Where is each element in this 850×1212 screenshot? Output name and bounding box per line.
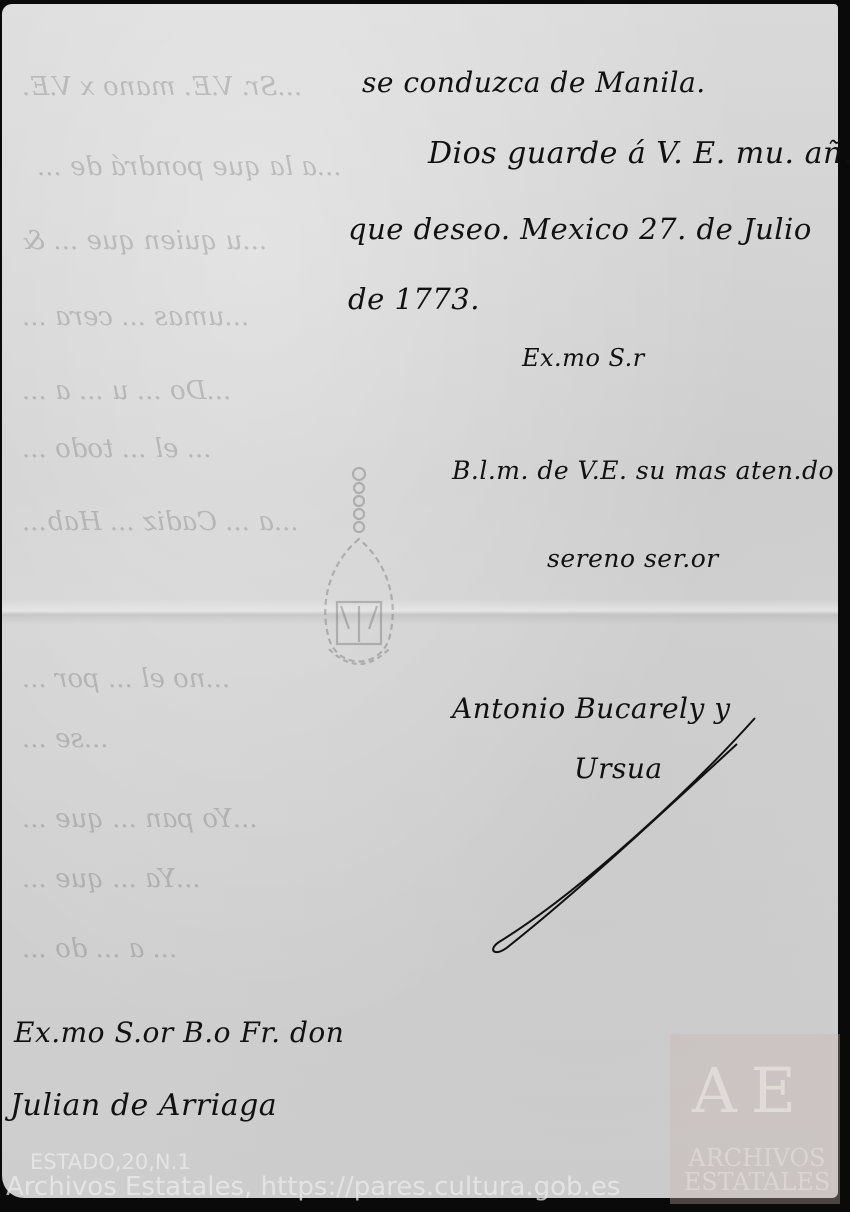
bleed-through-text: ...se ... bbox=[22, 724, 109, 754]
paper-fold-crease bbox=[2, 599, 838, 625]
bleed-through-text: ...Sr. V.E. mano x V.E. bbox=[22, 72, 302, 102]
body-line-1: se conduzca de Manila. bbox=[362, 66, 706, 99]
closing-line-1: B.l.m. de V.E. su mas aten.do bbox=[452, 456, 834, 485]
signature-rubric-icon bbox=[487, 704, 767, 964]
bleed-through-text: ...a ... Cadiz ... Hab... bbox=[22, 507, 299, 537]
archive-credit-link[interactable]: Archivos Estatales, https://pares.cultur… bbox=[6, 1172, 620, 1202]
bleed-through-text: ... el ... todo ... bbox=[22, 434, 212, 464]
addressee-line-2: Julian de Arriaga bbox=[10, 1088, 277, 1123]
body-line-3: que deseo. Mexico 27. de Julio bbox=[348, 212, 812, 246]
manuscript-page: ...Sr. V.E. mano x V.E. ...a la que pond… bbox=[2, 4, 838, 1198]
body-line-4: de 1773. bbox=[348, 282, 480, 316]
bleed-through-text: ...umas ... cera ... bbox=[22, 302, 249, 332]
bleed-through-text: ...a la que pondrá de ... bbox=[37, 152, 342, 182]
bleed-through-text: ...u quien que ... & bbox=[22, 226, 267, 256]
archive-logo-letters: AE bbox=[692, 1054, 810, 1127]
paper-watermark-icon bbox=[299, 464, 419, 689]
bleed-through-text: ...Ya ... que ... bbox=[22, 864, 201, 894]
closing-salutation: Ex.mo S.r bbox=[522, 344, 645, 372]
archive-logo-name-line-1: ARCHIVOS bbox=[682, 1146, 832, 1170]
bleed-through-text: ...Yo pan ... que ... bbox=[22, 804, 258, 834]
addressee-line-1: Ex.mo S.or B.o Fr. don bbox=[14, 1016, 344, 1049]
bleed-through-text: ...Do ... u ... a ... bbox=[22, 376, 231, 406]
bleed-through-text: ...no el ... por ... bbox=[22, 664, 230, 694]
closing-line-2: sereno ser.or bbox=[547, 544, 719, 573]
archive-logo-name: ARCHIVOS ESTATALES bbox=[682, 1146, 832, 1194]
bleed-through-text: ... a ... do ... bbox=[22, 934, 177, 964]
archive-logo-name-line-2: ESTATALES bbox=[682, 1170, 832, 1194]
archive-reference-code: ESTADO,20,N.1 bbox=[30, 1150, 191, 1174]
body-line-2: Dios guarde á V. E. mu. añ. bbox=[428, 136, 850, 171]
